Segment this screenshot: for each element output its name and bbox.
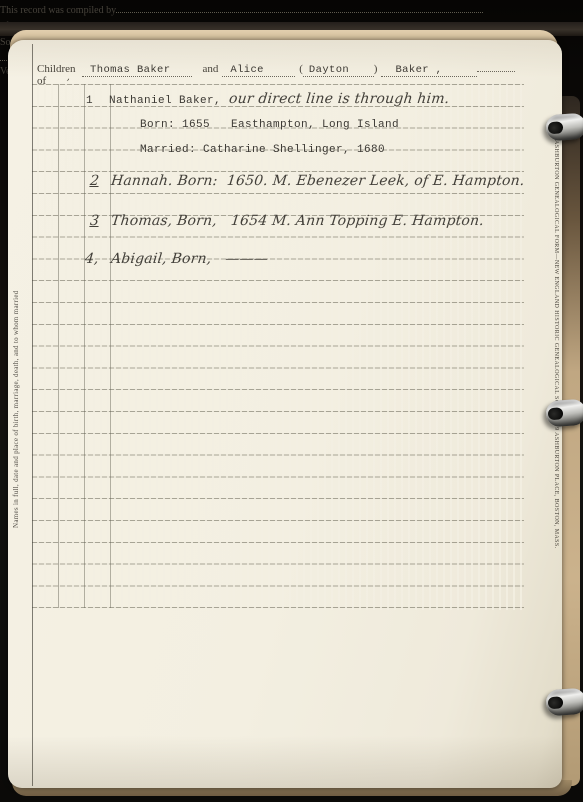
header-and: and <box>202 63 218 75</box>
entry-2-number: 2 <box>89 173 100 189</box>
binder-ring-middle <box>545 399 583 428</box>
entry-3-text: Thomas, Born, 1654 M. Ann Topping E. Ham… <box>110 213 485 229</box>
binder-ring-hole <box>548 121 564 134</box>
column-line-3 <box>110 84 111 608</box>
binder-ring-bottom <box>545 688 583 717</box>
entry-2-text: Hannah. Born: 1650. M. Ebenezer Leek, of… <box>110 173 525 189</box>
binder-ring-top <box>545 113 583 142</box>
trailing-blank <box>477 71 515 72</box>
maiden-name-blank: Dayton <box>303 63 374 77</box>
entry-row-1: 1 Nathaniel Baker, our direct line is th… <box>86 91 449 107</box>
entry-1-born: Born: 1655 Easthampton, Long Island <box>140 119 399 131</box>
compiled-by-row: This record was compiled by <box>0 0 483 16</box>
entry-1-married: Married: Catharine Shellinger, 1680 <box>140 144 385 156</box>
family-name: Baker , <box>395 64 442 76</box>
header-prefix: Children of <box>37 63 80 87</box>
mother-name: Alice <box>230 64 264 76</box>
entry-row-4: 4, Abigail, Born, ——— <box>85 251 268 267</box>
left-margin-caption: Names in full, date and place of birth, … <box>12 148 26 528</box>
compiled-by-blank <box>116 0 483 13</box>
entry-row-3: 3 Thomas, Born, 1654 M. Ann Topping E. H… <box>90 213 484 229</box>
entry-1-number: 1 <box>86 95 93 107</box>
maiden-name: Dayton <box>309 64 349 76</box>
entry-row-2: 2 Hannah. Born: 1650. M. Ebenezer Leek, … <box>90 173 525 189</box>
entry-4-text: Abigail, Born, ——— <box>110 251 269 267</box>
column-line-2 <box>84 84 85 608</box>
close-paren: ) <box>374 63 378 75</box>
entry-1-name: Nathaniel Baker, <box>109 95 221 107</box>
entry-1-handwritten-note: our direct line is through him. <box>228 91 450 107</box>
header-children-of-line: Children of Thomas Baker and Alice ( Day… <box>37 63 515 87</box>
left-margin-line <box>32 44 33 786</box>
ruled-lines <box>32 84 524 610</box>
binder-ring-hole <box>548 407 564 420</box>
compiled-by-label: This record was compiled by <box>0 5 116 16</box>
right-margin-imprint: Ashburton Genealogical Form—New England … <box>544 140 559 622</box>
binder-ring-hole <box>548 696 564 709</box>
mother-name-blank: Alice <box>222 63 295 77</box>
column-line-1 <box>58 84 59 608</box>
father-name: Thomas Baker <box>90 64 170 76</box>
family-name-blank: Baker , <box>381 63 477 77</box>
father-name-blank: Thomas Baker <box>82 63 192 77</box>
scanned-binder-photo: Children of Thomas Baker and Alice ( Day… <box>0 0 583 802</box>
entry-4-number: 4, <box>84 251 99 267</box>
entry-3-number: 3 <box>89 213 100 229</box>
